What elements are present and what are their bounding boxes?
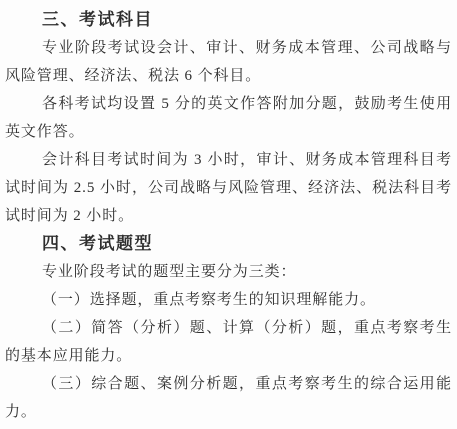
paragraph: （三）综合题、案例分析题，重点考察考生的综合运用能力。	[5, 370, 452, 426]
section-heading: 三、考试科目	[5, 6, 452, 34]
paragraph: （二）简答（分析）题、计算（分析）题，重点考察考生的基本应用能力。	[5, 314, 452, 370]
document-body: 三、考试科目专业阶段考试设会计、审计、财务成本管理、公司战略与风险管理、经济法、…	[0, 0, 457, 426]
paragraph: 会计科目考试时间为 3 小时，审计、财务成本管理科目考试时间为 2.5 小时，公…	[5, 146, 452, 230]
paragraph: 各科考试均设置 5 分的英文作答附加分题，鼓励考生使用英文作答。	[5, 90, 452, 146]
paragraph: （一）选择题，重点考察考生的知识理解能力。	[5, 286, 452, 314]
paragraph: 专业阶段考试的题型主要分为三类：	[5, 258, 452, 286]
section-heading: 四、考试题型	[5, 230, 452, 258]
paragraph: 专业阶段考试设会计、审计、财务成本管理、公司战略与风险管理、经济法、税法 6 个…	[5, 34, 452, 90]
